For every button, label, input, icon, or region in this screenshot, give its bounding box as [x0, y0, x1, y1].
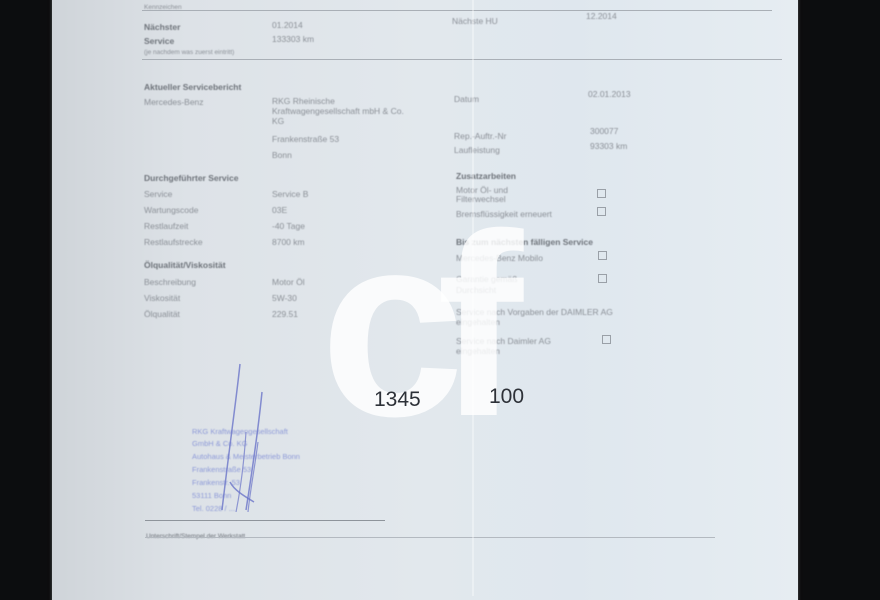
- ps-value-1: 03E: [272, 205, 287, 215]
- ps-label-0: Service: [144, 189, 172, 199]
- service-label: Service: [144, 36, 174, 46]
- dealer-line3: KG: [272, 116, 284, 126]
- oil-value-1: 5W-30: [272, 293, 297, 303]
- header-note: (je nachdem was zuerst eintritt): [144, 48, 234, 58]
- watermark-logo: cf: [320, 196, 495, 456]
- ps-label-1: Wartungscode: [144, 205, 199, 215]
- datum-value: 02.01.2013: [588, 89, 631, 99]
- brand: Mercedes-Benz: [144, 97, 204, 107]
- signature: [200, 362, 280, 512]
- overlay-number-right: 100: [489, 385, 524, 409]
- dealer-city: Bonn: [272, 150, 292, 160]
- extra-work-0-checkbox: [597, 189, 606, 198]
- service-value: 133303 km: [272, 34, 314, 44]
- dealer-line2: Kraftwagengesellschaft mbH & Co.: [272, 106, 404, 116]
- dealer-line1: RKG Rheinische: [272, 96, 335, 106]
- oil-value-2: 229.51: [272, 309, 298, 319]
- laufleistung-value: 93303 km: [590, 141, 627, 151]
- naechste-hu-value: 12.2014: [586, 11, 617, 21]
- until-next-1-checkbox: [598, 274, 607, 283]
- oil-label-2: Ölqualität: [144, 309, 180, 319]
- ps-value-3: 8700 km: [272, 237, 305, 247]
- daimler-checkbox: [602, 335, 611, 344]
- oil-label-1: Viskosität: [144, 293, 180, 303]
- naechster-value: 01.2014: [272, 20, 303, 30]
- service-report-title: Aktueller Servicebericht: [144, 82, 241, 92]
- ps-label-3: Restlaufstrecke: [144, 237, 203, 247]
- extra-work-title: Zusatzarbeiten: [456, 171, 516, 181]
- oil-title: Ölqualität/Viskosität: [144, 260, 226, 270]
- ps-label-2: Restlaufzeit: [144, 221, 188, 231]
- ps-value-2: -40 Tage: [272, 221, 305, 231]
- divider: [145, 537, 715, 538]
- performed-service-title: Durchgeführter Service: [144, 173, 238, 183]
- dealer-street: Frankenstraße 53: [272, 134, 339, 144]
- naechster-label: Nächster: [144, 22, 180, 32]
- datum-label: Datum: [454, 94, 479, 104]
- overlay-number-left: 1345: [374, 388, 421, 412]
- extra-work-1-checkbox: [597, 207, 606, 216]
- kennzeichen-label: Kennzeichen: [144, 3, 182, 13]
- oil-value-0: Motor Öl: [272, 277, 305, 287]
- ps-value-0: Service B: [272, 189, 308, 199]
- until-next-0-checkbox: [598, 251, 607, 260]
- rep-auftr-value: 300077: [590, 126, 618, 136]
- signature-line: [145, 520, 385, 521]
- naechste-hu-label: Nächste HU: [452, 16, 498, 26]
- oil-label-0: Beschreibung: [144, 277, 196, 287]
- divider: [142, 10, 772, 11]
- rep-auftr-label: Rep.-Auftr.-Nr: [454, 131, 506, 141]
- divider: [142, 59, 782, 60]
- laufleistung-label: Laufleistung: [454, 145, 500, 155]
